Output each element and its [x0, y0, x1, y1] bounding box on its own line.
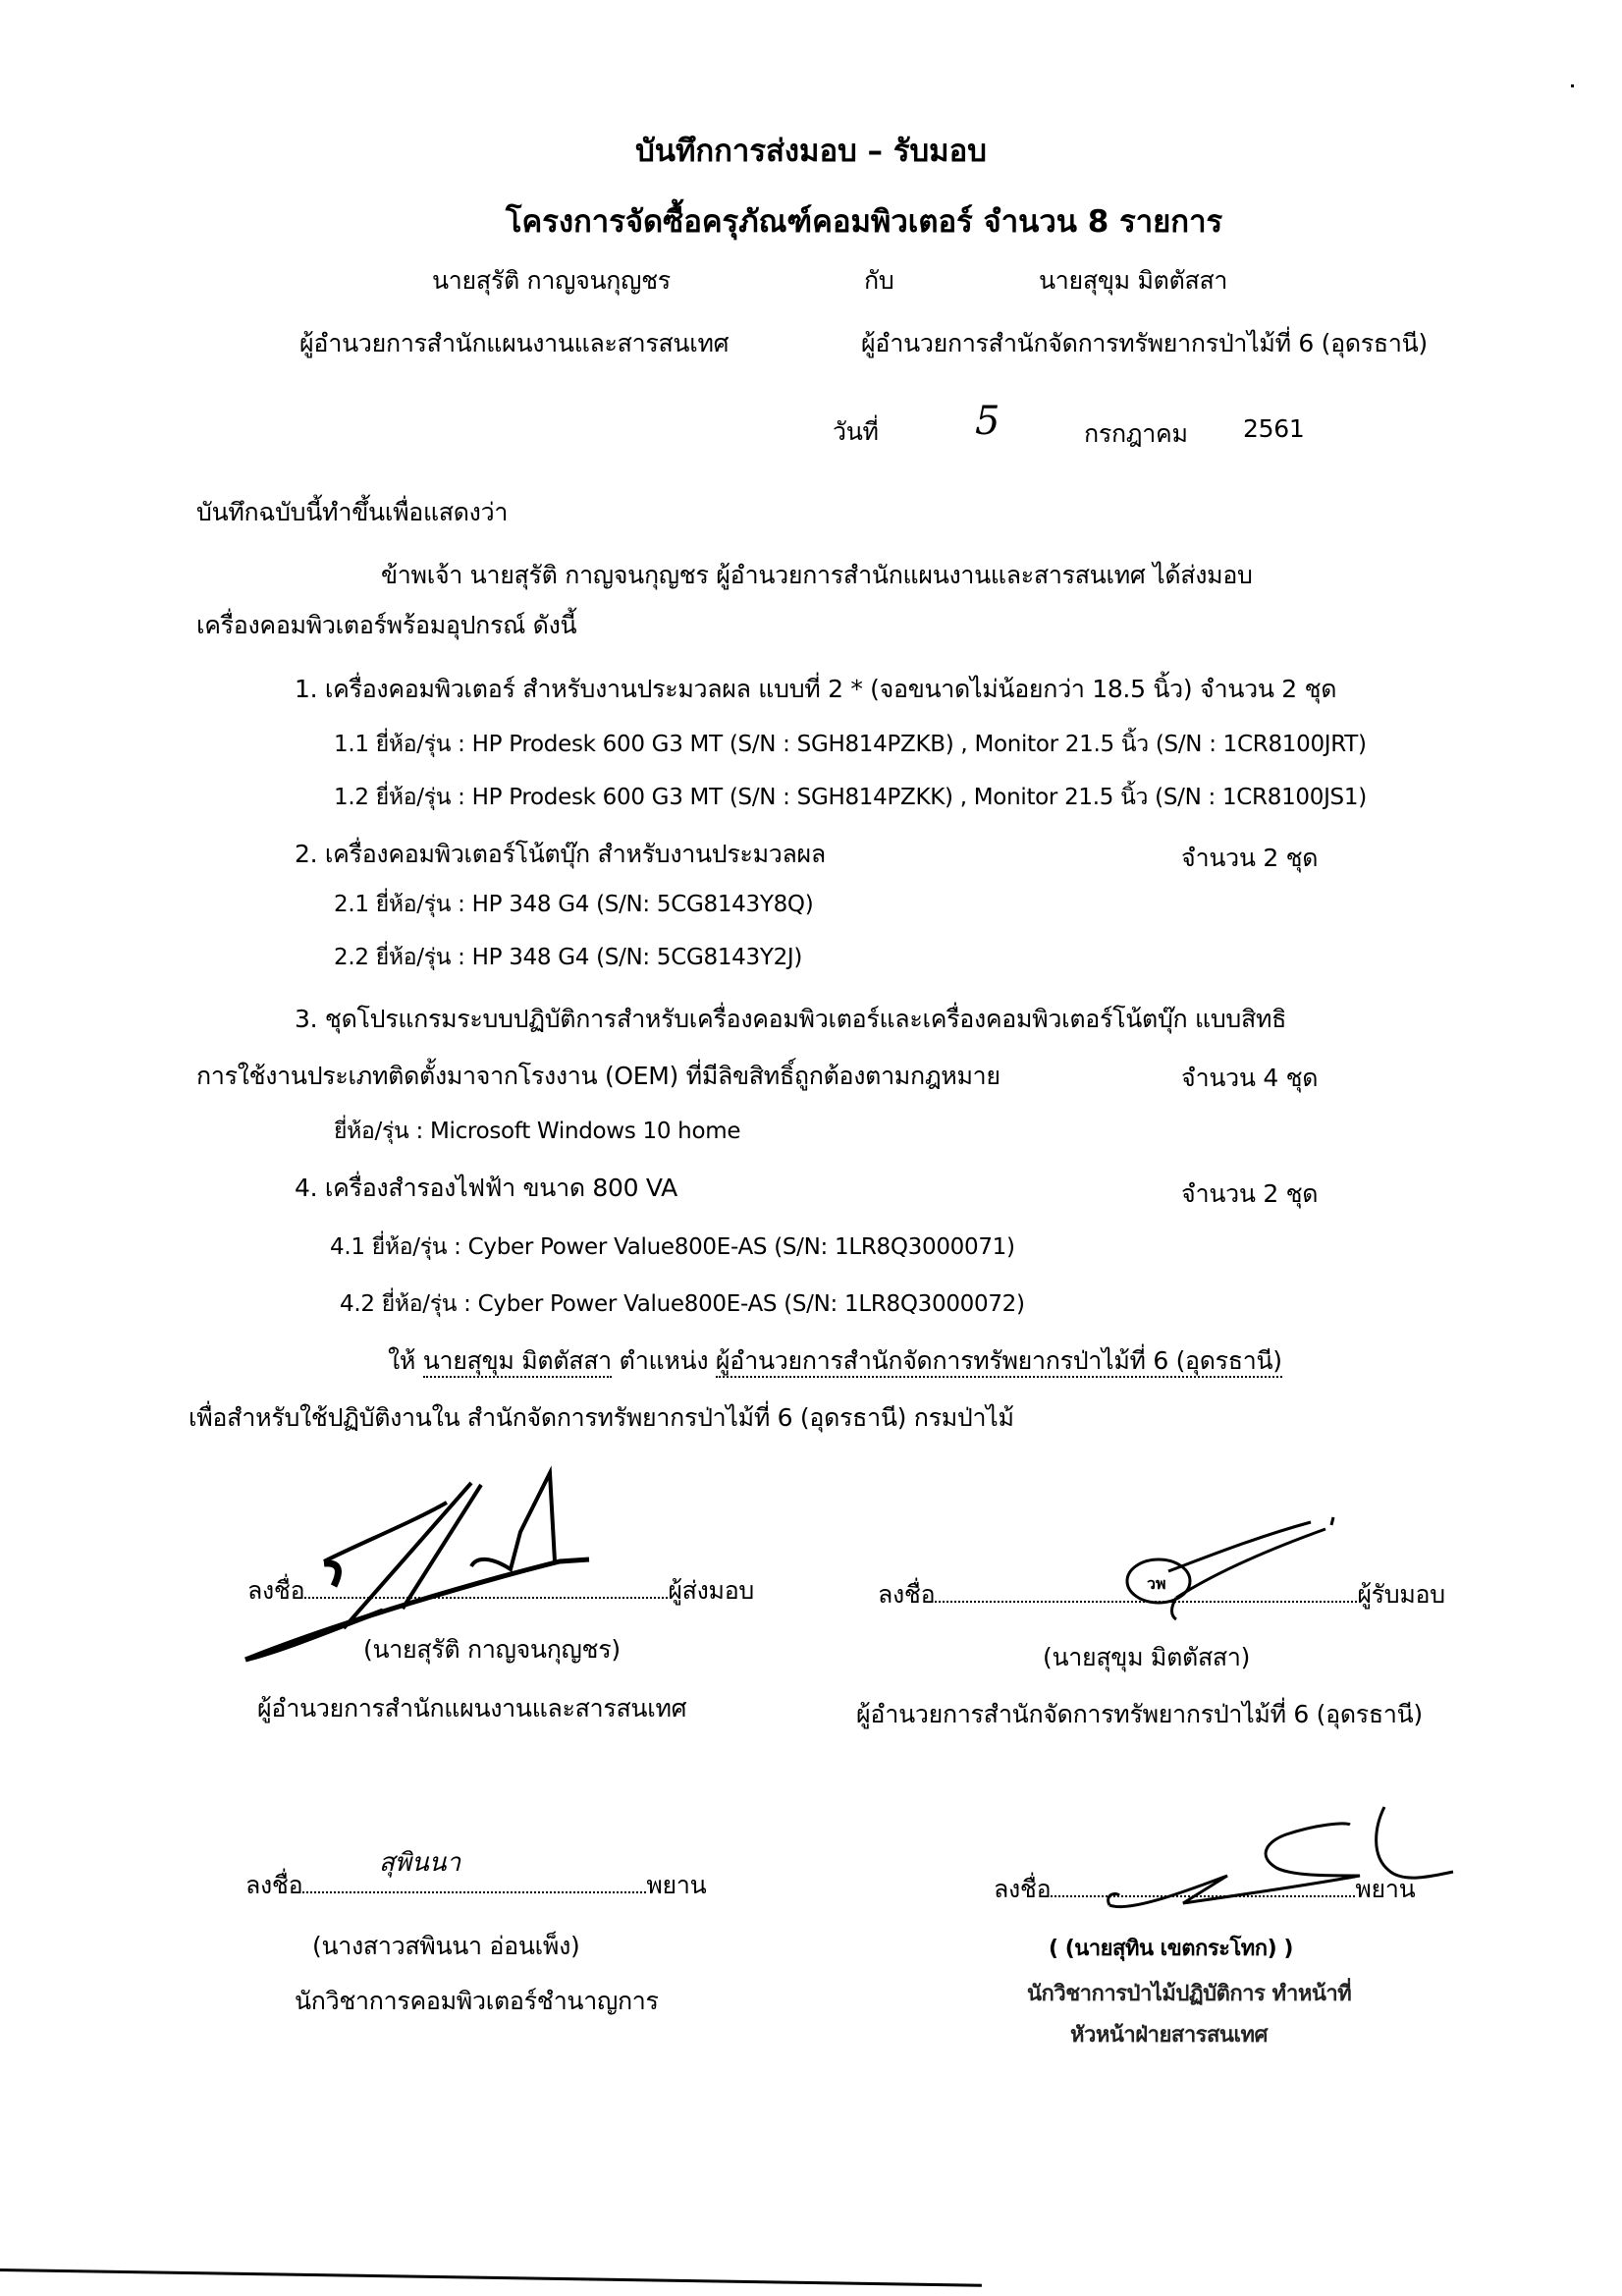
signature-receiver-name: (นายสุขุม มิตตัสสา) [1043, 1638, 1250, 1677]
signature-giver-position: ผู้อำนวยการสำนักแผนงานและสารสนเทศ [257, 1689, 686, 1728]
item-2-1: 2.1 ยี่ห้อ/รุ่น : HP 348 G4 (S/N: 5CG814… [334, 887, 813, 922]
signature-witness-1-role: พยาน [646, 1871, 706, 1899]
signature-receiver-handwriting: วพ [1060, 1517, 1345, 1625]
handover-position-label: ตำแหน่ง [620, 1346, 709, 1375]
signature-giver-name: (นายสุรัติ กาญจนกุญชร) [363, 1630, 621, 1669]
item-3-1: ยี่ห้อ/รุ่น : Microsoft Windows 10 home [334, 1114, 740, 1149]
date-month: กรกฎาคม [1084, 414, 1188, 454]
item-2-quantity: จำนวน 2 ชุด [1181, 839, 1318, 878]
item-4-quantity: จำนวน 2 ชุด [1181, 1175, 1318, 1214]
item-2-heading: 2. เครื่องคอมพิวเตอร์โน้ตบุ๊ก สำหรับงานป… [295, 835, 826, 874]
item-4-heading: 4. เครื่องสำรองไฟฟ้า ขนาด 800 VA [295, 1169, 677, 1208]
svg-text:วพ: วพ [1147, 1574, 1166, 1593]
receiver-position: ผู้อำนวยการสำนักจัดการทรัพยากรป่าไม้ที่ … [861, 324, 1428, 363]
scan-speck [1571, 84, 1574, 87]
item-1-2: 1.2 ยี่ห้อ/รุ่น : HP Prodesk 600 G3 MT (… [334, 780, 1367, 815]
handover-purpose: เพื่อสำหรับใช้ปฏิบัติงานใน สำนักจัดการทร… [189, 1398, 1014, 1438]
scan-edge-line [0, 2269, 982, 2287]
signature-witness-2-label: ลงชื่อ [994, 1875, 1051, 1903]
signature-witness-1-position: นักวิชาการคอมพิวเตอร์ชำนาญการ [295, 1982, 659, 2021]
signature-receiver-label: ลงชื่อ [878, 1580, 935, 1609]
signature-witness-1-dotted-line [302, 1891, 646, 1893]
signature-witness-1-line: ลงชื่อพยาน [245, 1866, 706, 1905]
handover-to-label: ให้ [388, 1346, 415, 1375]
signature-witness-1-handwriting: สุพินนา [379, 1842, 460, 1883]
statement-line-1: ข้าพเจ้า นายสุรัติ กาญจนกุญชร ผู้อำนวยกา… [381, 556, 1253, 595]
giver-position: ผู้อำนวยการสำนักแผนงานและสารสนเทศ [299, 324, 729, 363]
receiver-name: นายสุขุม มิตตัสสา [1039, 261, 1227, 301]
date-year: 2561 [1243, 414, 1304, 443]
item-3-heading: 3. ชุดโปรแกรมระบบปฏิบัติการสำหรับเครื่อง… [295, 1000, 1286, 1039]
statement-line-2: เครื่องคอมพิวเตอร์พร้อมอุปกรณ์ ดังนี้ [196, 606, 576, 645]
signature-receiver-role: ผู้รับมอบ [1357, 1580, 1445, 1609]
party-connector: กับ [864, 261, 893, 301]
item-4-2: 4.2 ยี่ห้อ/รุ่น : Cyber Power Value800E-… [340, 1286, 1025, 1322]
signature-witness-2-position-1: นักวิชาการป่าไม้ปฏิบัติการ ทำหน้าที่ [1027, 1976, 1351, 2010]
date-label: วันที่ [833, 412, 879, 452]
signature-receiver-position: ผู้อำนวยการสำนักจัดการทรัพยากรป่าไม้ที่ … [856, 1695, 1423, 1734]
date-day: 5 [975, 399, 1000, 444]
giver-name: นายสุรัติ กาญจนกุญชร [432, 261, 671, 301]
item-1-1: 1.1 ยี่ห้อ/รุ่น : HP Prodesk 600 G3 MT (… [334, 727, 1367, 762]
signature-witness-2-position-2: หัวหน้าฝ่ายสารสนเทศ [1070, 2017, 1268, 2051]
handover-line: ให้ นายสุขุม มิตตัสสา ตำแหน่ง ผู้อำนวยกา… [388, 1341, 1282, 1381]
item-1-heading: 1. เครื่องคอมพิวเตอร์ สำหรับงานประมวลผล … [295, 670, 1336, 709]
signature-witness-1-label: ลงชื่อ [245, 1871, 302, 1899]
handover-to-name: นายสุขุม มิตตัสสา [423, 1346, 612, 1378]
signature-witness-2-name: ( (นายสุทิน เขตกระโทก) ) [1049, 1931, 1293, 1965]
handover-position: ผู้อำนวยการสำนักจัดการทรัพยากรป่าไม้ที่ … [716, 1346, 1282, 1378]
intro-text: บันทึกฉบับนี้ทำขึ้นเพื่อแสดงว่า [196, 493, 508, 532]
signature-giver-role: ผู้ส่งมอบ [668, 1576, 754, 1605]
document-title: บันทึกการส่งมอบ – รับมอบ [635, 126, 987, 175]
signature-witness-2-handwriting [1090, 1797, 1443, 1925]
item-3-heading-cont: การใช้งานประเภทติดตั้งมาจากโรงงาน (OEM) … [196, 1057, 1000, 1096]
item-4-1: 4.1 ยี่ห้อ/รุ่น : Cyber Power Value800E-… [330, 1230, 1015, 1265]
signature-witness-1-name: (นางสาวสพินนา อ่อนเพ็ง) [312, 1927, 579, 1966]
item-2-2: 2.2 ยี่ห้อ/รุ่น : HP 348 G4 (S/N: 5CG814… [334, 940, 802, 975]
item-3-quantity: จำนวน 4 ชุด [1181, 1059, 1318, 1098]
document-subtitle: โครงการจัดซื้อครุภัณฑ์คอมพิวเตอร์ จำนวน … [506, 196, 1222, 246]
